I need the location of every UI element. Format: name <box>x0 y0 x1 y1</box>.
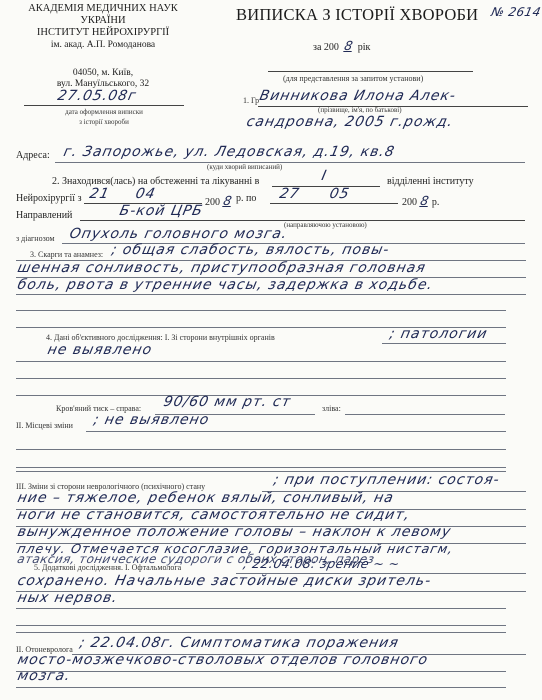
patient-label: 1. Гр <box>243 96 259 105</box>
address-label: Адреса: <box>16 150 50 161</box>
additional-line: ных нервов. <box>16 590 120 606</box>
objective-label: 4. Дані об'єктивного дослідження: І. Зі … <box>46 333 275 342</box>
year-prefix: 200 <box>205 197 220 208</box>
objective-line: не выявлено <box>46 342 154 358</box>
record-number: № 2614 <box>490 5 542 19</box>
stay-to-month: 05 <box>328 186 351 202</box>
complaints-line: боль, рвота в утренние часы, задержка в … <box>16 277 435 293</box>
address-value: г. Запорожье, ул. Ледовская, д.19, кв.8 <box>62 144 396 160</box>
year-digit: 8 <box>339 38 359 53</box>
stay-suffix: відділенні інституту <box>387 176 474 187</box>
caption-line: з історії хвороби <box>24 117 184 127</box>
complaints-line: ; общая слабость, вялость, повы- <box>110 242 391 258</box>
otoneuro-line: мозга. <box>16 668 72 684</box>
year-digit: 8 <box>417 193 433 208</box>
org-line: ім. акад. А.П. Ромоданова <box>22 39 184 51</box>
year-suffix: рік <box>358 42 371 53</box>
patient-name-line2: сандровна, 2005 г.рожд. <box>245 114 455 130</box>
patient-name-caption: (прізвище, ім'я, по батькові) <box>318 106 402 114</box>
request-caption: (для представлення за запитом установи) <box>283 74 423 83</box>
neuro-line: ноги не становится, самостоятельно не си… <box>16 507 412 523</box>
additional-line: ; 22.04.08: зрение ~ ~ <box>242 556 401 571</box>
stay-to-day: 27 <box>278 186 301 202</box>
org-line: УКРАЇНИ <box>22 15 184 27</box>
otoneuro-line: мосто-мозжечково-стволовых отделов голов… <box>16 652 430 668</box>
local-changes-value: ; не выявлено <box>92 412 211 428</box>
address-line: 04050, м. Київ, <box>22 68 184 79</box>
neuro-line: ние – тяжелое, ребенок вялый, сонливый, … <box>16 490 396 506</box>
bp-left-label: зліва: <box>322 404 341 413</box>
referred-value: Б-кой ЦРБ <box>118 203 205 219</box>
org-line: ІНСТИТУТ НЕЙРОХІРУРГІЇ <box>22 27 184 39</box>
issue-date: 27.05.08г <box>56 88 138 104</box>
caption-line: дата оформлення виписки <box>24 107 184 117</box>
document-title: ВИПИСКА З ІСТОРІЇ ХВОРОБИ <box>236 5 478 25</box>
org-line: АКАДЕМІЯ МЕДИЧНИХ НАУК <box>22 3 184 15</box>
bp-right-value: 90/60 мм рт. ст <box>162 394 293 410</box>
department-value: I <box>320 168 329 184</box>
additional-label: 5. Додаткові дослідження. І. Офтальмолог… <box>34 563 181 572</box>
diagnosis-label: з діагнозом <box>16 234 55 243</box>
complaints-label: 3. Скарги та анамнез: <box>30 250 103 259</box>
address-caption: (куди хворий виписаний) <box>207 163 282 171</box>
year-line: за 2008 рік <box>313 38 370 53</box>
stay-from-month: 04 <box>134 186 157 202</box>
complaints-line: шенная сонливость, приступообразная голо… <box>16 260 427 276</box>
patient-name-line1: Винникова Илона Алек- <box>258 88 458 104</box>
stay-to-label: р. по <box>236 193 256 204</box>
stay-from-year: 2008 <box>205 193 232 208</box>
neuro-line: вынужденное положение головы – наклон к … <box>16 524 453 540</box>
issue-date-caption: дата оформлення виписки з історії хвороб… <box>24 107 184 127</box>
additional-line: сохранено. Начальные застойные диски зри… <box>16 573 433 589</box>
otoneuro-line: ; 22.04.08г. Симптоматика поражения <box>78 635 400 651</box>
year-suffix: р. <box>432 197 440 208</box>
stay-from-day: 21 <box>88 186 111 202</box>
year-prefix: 200 <box>402 197 417 208</box>
institution-header: АКАДЕМІЯ МЕДИЧНИХ НАУК УКРАЇНИ ІНСТИТУТ … <box>22 3 184 51</box>
year-prefix: за 200 <box>313 42 339 53</box>
stay-from-label: Нейрохірургії з <box>16 193 82 204</box>
objective-line: ; патологии <box>388 326 489 342</box>
year-digit: 8 <box>220 193 236 208</box>
local-changes-label: ІІ. Місцеві зміни <box>16 421 73 430</box>
referred-caption: (направляючою установою) <box>284 221 367 229</box>
diagnosis-value: Опухоль головного мозга. <box>68 226 289 242</box>
neuro-line: ; при поступлении: состоя- <box>272 472 501 488</box>
institution-address: 04050, м. Київ, вул. Мануїльського, 32 <box>22 68 184 90</box>
referred-label: Направлений <box>16 210 72 221</box>
stay-to-year: 2008 р. <box>402 193 439 208</box>
